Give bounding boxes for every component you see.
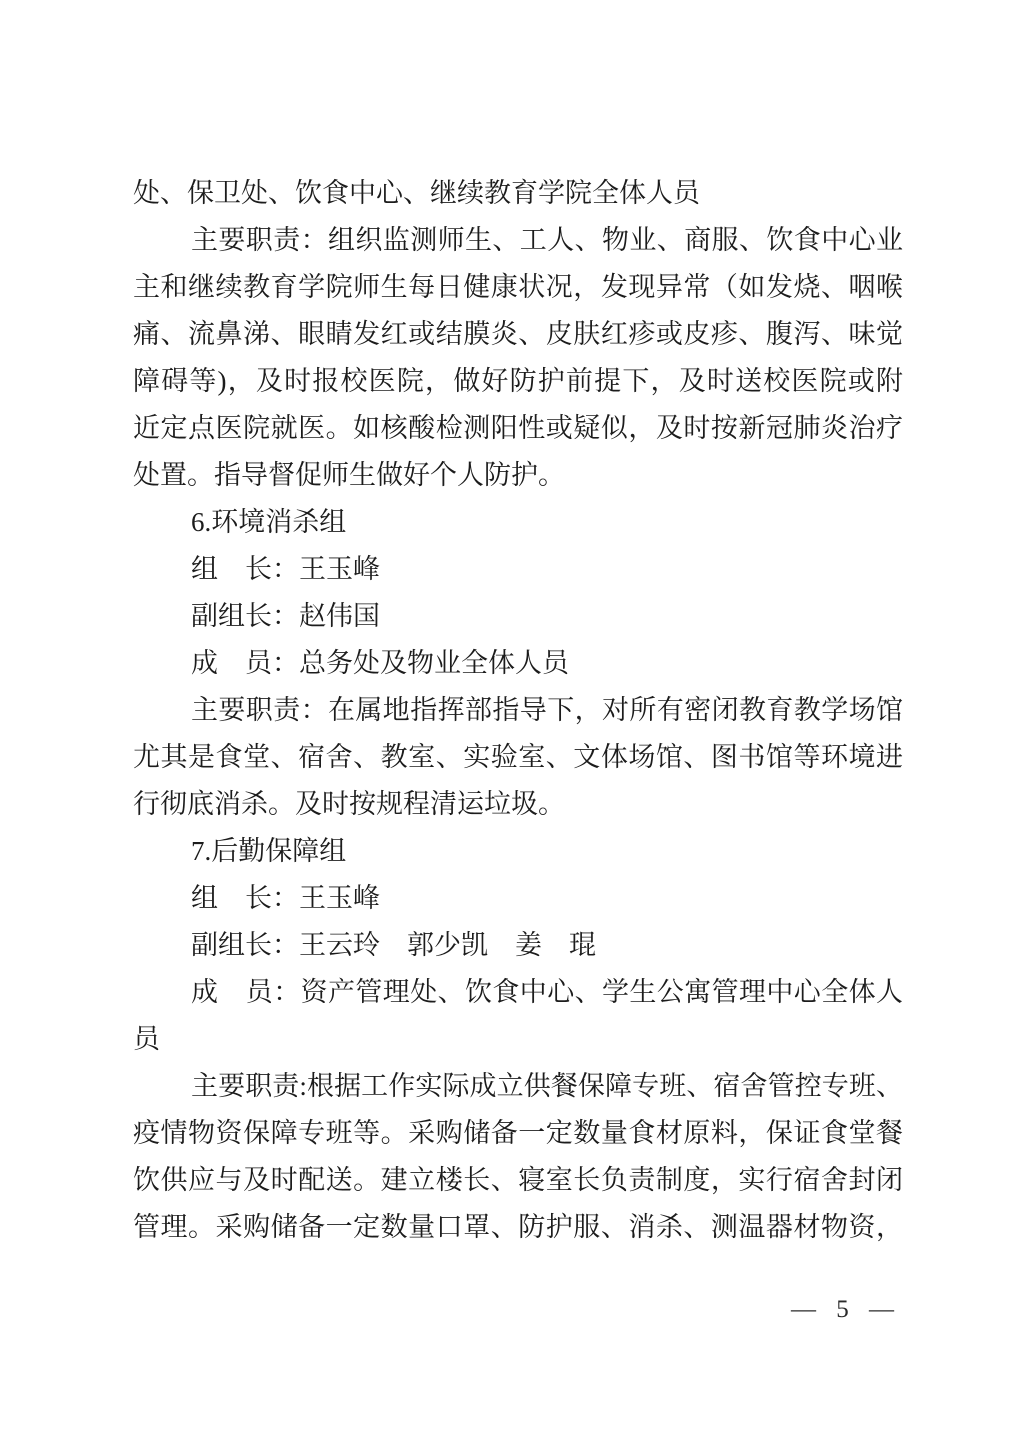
document-line: 饮供应与及时配送。建立楼长、寝室长负责制度，实行宿舍封闭 xyxy=(133,1157,903,1204)
document-line: 主要职责：组织监测师生、工人、物业、商服、饮食中心业 xyxy=(133,217,903,264)
document-line: 组 长：王玉峰 xyxy=(133,875,903,922)
document-line: 主要职责：在属地指挥部指导下，对所有密闭教育教学场馆 xyxy=(133,687,903,734)
document-line: 处、保卫处、饮食中心、继续教育学院全体人员 xyxy=(133,170,903,217)
document-line: 近定点医院就医。如核酸检测阳性或疑似，及时按新冠肺炎治疗 xyxy=(133,405,903,452)
document-line: 员 xyxy=(133,1016,903,1063)
document-line: 处置。指导督促师生做好个人防护。 xyxy=(133,452,903,499)
document-line: 障碍等)，及时报校医院，做好防护前提下，及时送校医院或附 xyxy=(133,358,903,405)
section-heading-6: 6.环境消杀组 xyxy=(133,499,903,546)
document-line: 组 长：王玉峰 xyxy=(133,546,903,593)
section-heading-7: 7.后勤保障组 xyxy=(133,828,903,875)
document-line: 管理。采购储备一定数量口罩、防护服、消杀、测温器材物资， xyxy=(133,1204,903,1251)
page-number: — 5 — xyxy=(791,1292,896,1328)
document-line: 主和继续教育学院师生每日健康状况，发现异常（如发烧、咽喉 xyxy=(133,264,903,311)
document-page: 处、保卫处、饮食中心、继续教育学院全体人员 主要职责：组织监测师生、工人、物业、… xyxy=(0,0,1024,1448)
document-line: 尤其是食堂、宿舍、教室、实验室、文体场馆、图书馆等环境进 xyxy=(133,734,903,781)
document-body: 处、保卫处、饮食中心、继续教育学院全体人员 主要职责：组织监测师生、工人、物业、… xyxy=(133,170,903,1251)
document-line: 成 员：总务处及物业全体人员 xyxy=(133,640,903,687)
document-line: 主要职责:根据工作实际成立供餐保障专班、宿舍管控专班、 xyxy=(133,1063,903,1110)
document-line: 行彻底消杀。及时按规程清运垃圾。 xyxy=(133,781,903,828)
document-line: 痛、流鼻涕、眼睛发红或结膜炎、皮肤红疹或皮疹、腹泻、味觉 xyxy=(133,311,903,358)
document-line: 疫情物资保障专班等。采购储备一定数量食材原料，保证食堂餐 xyxy=(133,1110,903,1157)
document-line: 成 员：资产管理处、饮食中心、学生公寓管理中心全体人 xyxy=(133,969,903,1016)
document-line: 副组长：王云玲 郭少凯 姜 琨 xyxy=(133,922,903,969)
document-line: 副组长：赵伟国 xyxy=(133,593,903,640)
